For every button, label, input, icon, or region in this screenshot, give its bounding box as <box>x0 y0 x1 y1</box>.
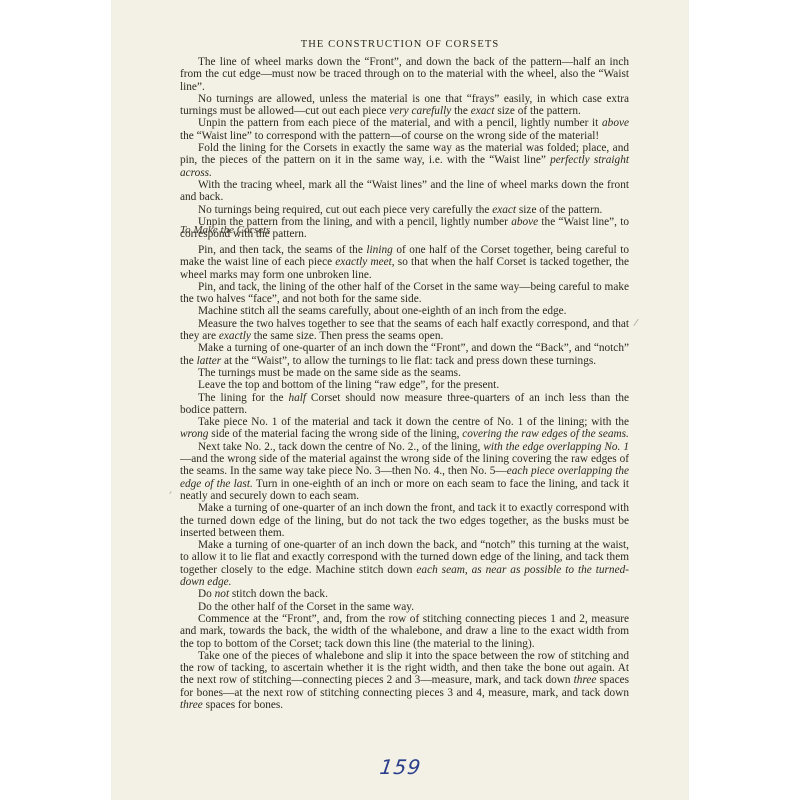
text-run: The line of wheel marks down the “Front”… <box>180 56 629 93</box>
italic-text: exact <box>492 204 516 216</box>
paragraph: Do not stitch down the back. <box>180 588 629 600</box>
italic-text: exactly <box>219 330 251 342</box>
handwritten-page-number: 159 <box>378 755 423 779</box>
paragraph: The line of wheel marks down the “Front”… <box>180 56 629 93</box>
text-run: spaces for bones. <box>203 699 283 711</box>
paragraph: Leave the top and bottom of the lining “… <box>180 379 629 391</box>
italic-text: above <box>511 216 538 228</box>
text-run: Pin, and then tack, the seams of the <box>198 244 366 256</box>
text-run: the “Waist line” to correspond with the … <box>180 130 599 142</box>
text-run: The lining for the <box>198 392 288 404</box>
italic-text: three <box>574 674 597 686</box>
paragraph: No turnings being required, cut out each… <box>180 204 629 216</box>
italic-text: half <box>288 392 306 404</box>
paragraph: Commence at the “Front”, and, from the r… <box>180 613 629 650</box>
text-run: at the “Waist”, to allow the turnings to… <box>221 355 596 367</box>
text-run: Do <box>198 588 215 600</box>
paragraph: The lining for the half Corset should no… <box>180 392 629 417</box>
text-run: Take one of the pieces of whalebone and … <box>180 650 629 687</box>
italic-text: with the edge overlapping No. 1 <box>483 441 629 453</box>
paragraph: Pin, and tack, the lining of the other h… <box>180 281 629 306</box>
italic-text: latter <box>197 355 221 367</box>
italic-text: very carefully <box>389 105 451 117</box>
text-run: size of the pattern. <box>495 105 581 117</box>
italic-text: exact <box>471 105 495 117</box>
section-heading: To Make the Corsets <box>180 224 270 236</box>
italic-text: covering the raw edges of the seams. <box>462 428 629 440</box>
paragraph: Measure the two halves together to see t… <box>180 318 629 343</box>
text-run: Machine stitch all the seams carefully, … <box>198 305 566 317</box>
paragraph: With the tracing wheel, mark all the “Wa… <box>180 179 629 204</box>
paragraph: Fold the lining for the Corsets in exact… <box>180 142 629 179</box>
paragraph: Make a turning of one-quarter of an inch… <box>180 502 629 539</box>
paragraph: Unpin the pattern from each piece of the… <box>180 117 629 142</box>
paragraph: Take one of the pieces of whalebone and … <box>180 650 629 711</box>
pencil-mark <box>633 319 638 326</box>
text-run: Leave the top and bottom of the lining “… <box>198 379 499 391</box>
text-run: Pin, and tack, the lining of the other h… <box>180 281 629 305</box>
pencil-mark <box>169 491 172 494</box>
italic-text: wrong <box>180 428 208 440</box>
instructions-text-block: Pin, and then tack, the seams of the lin… <box>180 244 629 711</box>
italic-text: lining <box>366 244 392 256</box>
paragraph: Next take No. 2., tack down the centre o… <box>180 441 629 502</box>
text-run: Next take No. 2., tack down the centre o… <box>198 441 483 453</box>
page-title: THE CONSTRUCTION OF CORSETS <box>111 39 689 50</box>
text-run: side of the material facing the wrong si… <box>208 428 462 440</box>
paragraph: Take piece No. 1 of the material and tac… <box>180 416 629 441</box>
text-run: The turnings must be made on the same si… <box>198 367 461 379</box>
paragraph: No turnings are allowed, unless the mate… <box>180 93 629 118</box>
italic-text: above <box>602 117 629 129</box>
text-run: Commence at the “Front”, and, from the r… <box>180 613 629 650</box>
paragraph: Pin, and then tack, the seams of the lin… <box>180 244 629 281</box>
paragraph: Machine stitch all the seams carefully, … <box>180 305 629 317</box>
paragraph: Make a turning of one-quarter of an inch… <box>180 539 629 588</box>
text-run: With the tracing wheel, mark all the “Wa… <box>180 179 629 203</box>
text-run: stitch down the back. <box>229 588 328 600</box>
text-run: No turnings being required, cut out each… <box>198 204 492 216</box>
italic-text: exactly meet <box>335 256 392 268</box>
text-run: the same size. Then press the seams open… <box>251 330 443 342</box>
paragraph: The turnings must be made on the same si… <box>180 367 629 379</box>
text-run: size of the pattern. <box>516 204 602 216</box>
paragraph: Make a turning of one-quarter of an inch… <box>180 342 629 367</box>
text-run: Make a turning of one-quarter of an inch… <box>180 502 629 539</box>
text-run: Unpin the pattern from each piece of the… <box>198 117 602 129</box>
intro-text-block: The line of wheel marks down the “Front”… <box>180 56 629 240</box>
text-run: Take piece No. 1 of the material and tac… <box>198 416 629 428</box>
text-run: Do the other half of the Corset in the s… <box>198 601 414 613</box>
paragraph: Do the other half of the Corset in the s… <box>180 601 629 613</box>
text-run: the <box>451 105 470 117</box>
italic-text: three <box>180 699 203 711</box>
scanned-page: THE CONSTRUCTION OF CORSETS The line of … <box>111 0 689 800</box>
italic-text: not <box>215 588 229 600</box>
